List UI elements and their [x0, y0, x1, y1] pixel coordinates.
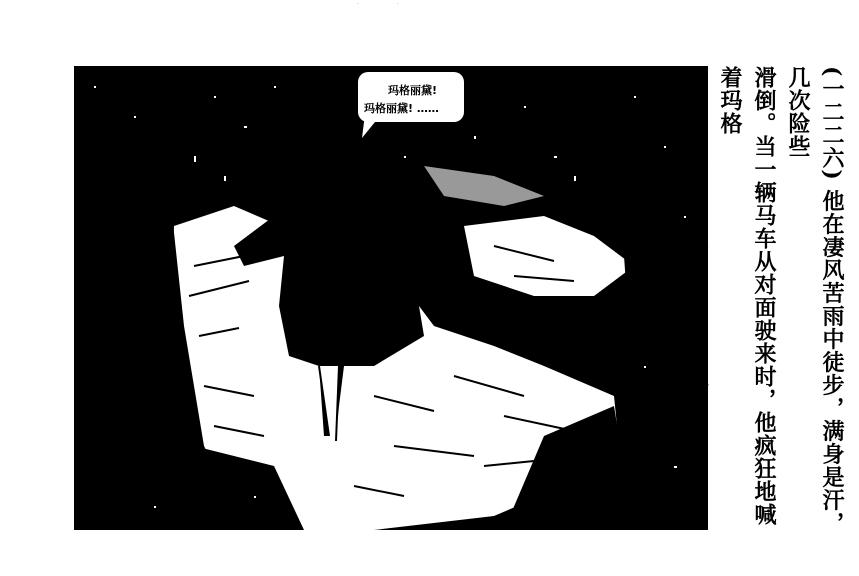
illustration-panel: 玛格丽黛! 玛格丽黛! …… — [74, 66, 708, 530]
speech-line-2: 玛格丽黛! …… — [364, 100, 439, 116]
caption-text: (一二二六) 他在凄风苦雨中徒步，满身是汗，几次险些 滑倒。当一辆马车从对面驶来… — [679, 66, 849, 536]
page-header-marks: · · — [357, 1, 417, 8]
caption-column-1: (一二二六) 他在凄风苦雨中徒步，满身是汗，几次险些 — [781, 66, 849, 536]
caption-column-3: 丽黛的名字，可是一点回响也没有。 — [679, 66, 713, 536]
caption-column-2: 滑倒。当一辆马车从对面驶来时，他疯狂地喊着玛格 — [713, 66, 781, 536]
speech-line-1: 玛格丽黛! — [388, 82, 437, 98]
speech-bubble: 玛格丽黛! 玛格丽黛! …… — [358, 72, 464, 122]
